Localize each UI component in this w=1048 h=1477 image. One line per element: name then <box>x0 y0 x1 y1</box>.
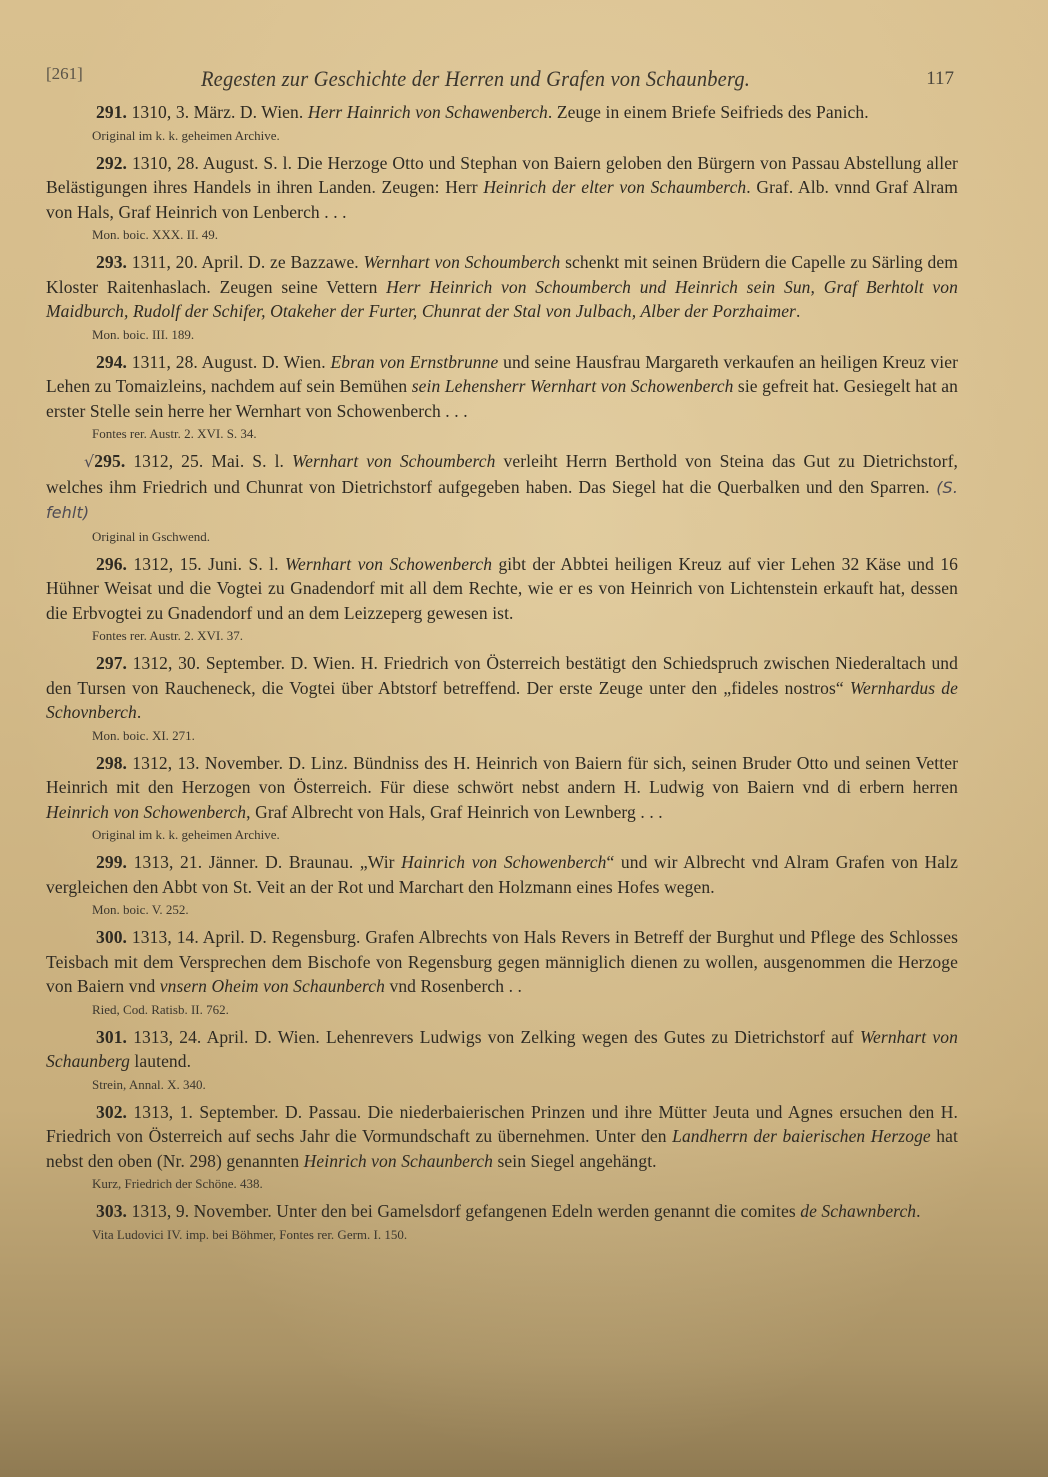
entry-number: 293. <box>96 252 127 272</box>
running-title: Regesten zur Geschichte der Herren und G… <box>201 66 750 92</box>
entry-number: 299. <box>96 852 127 872</box>
source-citation: Fontes rer. Austr. 2. XVI. S. 34. <box>92 425 958 443</box>
regest-entry: √295. 1312, 25. Mai. S. l. Wernhart von … <box>46 449 958 546</box>
entry-segment: 1311, 20. April. D. ze Bazzawe. <box>127 252 363 272</box>
regesta-list: 291. 1310, 3. März. D. Wien. Herr Hainri… <box>46 100 958 1250</box>
source-citation: Vita Ludovici IV. imp. bei Böhmer, Fonte… <box>92 1226 958 1244</box>
italic-name: vnsern Oheim von Schaunberch <box>160 976 385 996</box>
regest-entry: 294. 1311, 28. August. D. Wien. Ebran vo… <box>46 350 958 444</box>
entry-segment: 1312, 30. September. D. Wien. H. Friedri… <box>46 653 958 698</box>
source-citation: Kurz, Friedrich der Schöne. 438. <box>92 1175 958 1193</box>
regest-entry: 291. 1310, 3. März. D. Wien. Herr Hainri… <box>46 100 958 145</box>
entry-text: 294. 1311, 28. August. D. Wien. Ebran vo… <box>46 350 958 424</box>
entry-number: 298. <box>96 753 127 773</box>
entry-segment: . Zeuge in einem Briefe Seifrieds des Pa… <box>548 102 869 122</box>
entry-number: 303. <box>96 1201 127 1221</box>
regest-entry: 293. 1311, 20. April. D. ze Bazzawe. Wer… <box>46 250 958 344</box>
italic-name: Heinrich von Schaunberch <box>304 1151 493 1171</box>
entry-number: 294. <box>96 352 127 372</box>
regest-entry: 301. 1313, 24. April. D. Wien. Lehenreve… <box>46 1025 958 1094</box>
page-number: 117 <box>926 68 954 90</box>
original-page-marker: [261] <box>46 64 83 84</box>
entry-text: 291. 1310, 3. März. D. Wien. Herr Hainri… <box>46 100 958 125</box>
entry-segment: . <box>137 702 141 722</box>
italic-name: de Schawnberch <box>800 1201 916 1221</box>
source-citation: Mon. boic. XXX. II. 49. <box>92 226 958 244</box>
entry-segment: . <box>916 1201 920 1221</box>
regest-entry: 297. 1312, 30. September. D. Wien. H. Fr… <box>46 651 958 745</box>
source-citation: Ried, Cod. Ratisb. II. 762. <box>92 1001 958 1019</box>
regest-entry: 302. 1313, 1. September. D. Passau. Die … <box>46 1100 958 1194</box>
entry-text: 301. 1313, 24. April. D. Wien. Lehenreve… <box>46 1025 958 1074</box>
entry-number: 300. <box>96 927 127 947</box>
regest-entry: 296. 1312, 15. Juni. S. l. Wernhart von … <box>46 552 958 646</box>
entry-segment: 1312, 15. Juni. S. l. <box>127 554 285 574</box>
entry-number: 295. <box>94 451 125 471</box>
entry-text: 302. 1313, 1. September. D. Passau. Die … <box>46 1100 958 1174</box>
page-header: [261] Regesten zur Geschichte der Herren… <box>46 62 956 92</box>
entry-number: 292. <box>96 153 127 173</box>
entry-text: √295. 1312, 25. Mai. S. l. Wernhart von … <box>46 449 958 526</box>
italic-name: sein Lehensherr Wernhart von Schowenberc… <box>412 376 734 396</box>
entry-text: 303. 1313, 9. November. Unter den bei Ga… <box>46 1199 958 1224</box>
scanned-page: [261] Regesten zur Geschichte der Herren… <box>0 0 1048 1477</box>
checkmark-annotation-icon: √ <box>84 452 94 471</box>
entry-segment: . <box>796 301 800 321</box>
entry-number: 291. <box>96 102 127 122</box>
entry-segment: 1312, 13. November. D. Linz. Bündniss de… <box>46 753 958 798</box>
entry-segment: lautend. <box>130 1051 191 1071</box>
entry-segment: 1313, 9. November. Unter den bei Gamelsd… <box>127 1201 800 1221</box>
source-citation: Strein, Annal. X. 340. <box>92 1076 958 1094</box>
entry-number: 296. <box>96 554 127 574</box>
entry-segment: 1313, 24. April. D. Wien. Lehenrevers Lu… <box>127 1027 860 1047</box>
source-citation: Mon. boic. III. 189. <box>92 326 958 344</box>
italic-name: Wernhart von Schowenberch <box>285 554 492 574</box>
entry-text: 293. 1311, 20. April. D. ze Bazzawe. Wer… <box>46 250 958 324</box>
entry-segment: , Graf Albrecht von Hals, Graf Heinrich … <box>246 802 663 822</box>
entry-number: 302. <box>96 1102 127 1122</box>
source-citation: Original im k. k. geheimen Archive. <box>92 826 958 844</box>
entry-text: 296. 1312, 15. Juni. S. l. Wernhart von … <box>46 552 958 626</box>
source-citation: Fontes rer. Austr. 2. XVI. 37. <box>92 627 958 645</box>
entry-segment: 1310, 3. März. D. Wien. <box>127 102 308 122</box>
regest-entry: 292. 1310, 28. August. S. l. Die Herzoge… <box>46 151 958 245</box>
entry-segment: 1311, 28. August. D. Wien. <box>127 352 330 372</box>
italic-name: Heinrich von Schowenberch <box>46 802 246 822</box>
italic-name: Herr Hainrich von Schawenberch <box>308 102 548 122</box>
entry-number: 301. <box>96 1027 127 1047</box>
entry-text: 300. 1313, 14. April. D. Regensburg. Gra… <box>46 925 958 999</box>
entry-text: 292. 1310, 28. August. S. l. Die Herzoge… <box>46 151 958 225</box>
regest-entry: 300. 1313, 14. April. D. Regensburg. Gra… <box>46 925 958 1019</box>
entry-number: 297. <box>96 653 127 673</box>
entry-segment: 1312, 25. Mai. S. l. <box>125 451 292 471</box>
regest-entry: 303. 1313, 9. November. Unter den bei Ga… <box>46 1199 958 1244</box>
italic-name: Landherrn der baierischen Herzoge <box>672 1126 931 1146</box>
italic-name: Wernhart von Schoumberch <box>363 252 560 272</box>
source-citation: Original in Gschwend. <box>92 528 958 546</box>
entry-text: 299. 1313, 21. Jänner. D. Braunau. „Wir … <box>46 850 958 899</box>
entry-text: 297. 1312, 30. September. D. Wien. H. Fr… <box>46 651 958 725</box>
italic-name: Heinrich der elter von Schaumberch <box>483 177 746 197</box>
entry-segment: vnd Rosenberch . . <box>385 976 522 996</box>
regest-entry: 299. 1313, 21. Jänner. D. Braunau. „Wir … <box>46 850 958 919</box>
source-citation: Original im k. k. geheimen Archive. <box>92 127 958 145</box>
italic-name: Hainrich von Schowenberch <box>401 852 606 872</box>
italic-name: Wernhart von Schoumberch <box>292 451 496 471</box>
italic-name: Ebran von Ernstbrunne <box>330 352 498 372</box>
entry-segment: 1313, 21. Jänner. D. Braunau. „Wir <box>127 852 401 872</box>
source-citation: Mon. boic. XI. 271. <box>92 727 958 745</box>
entry-text: 298. 1312, 13. November. D. Linz. Bündni… <box>46 751 958 825</box>
source-citation: Mon. boic. V. 252. <box>92 901 958 919</box>
regest-entry: 298. 1312, 13. November. D. Linz. Bündni… <box>46 751 958 845</box>
entry-segment: sein Siegel angehängt. <box>493 1151 657 1171</box>
